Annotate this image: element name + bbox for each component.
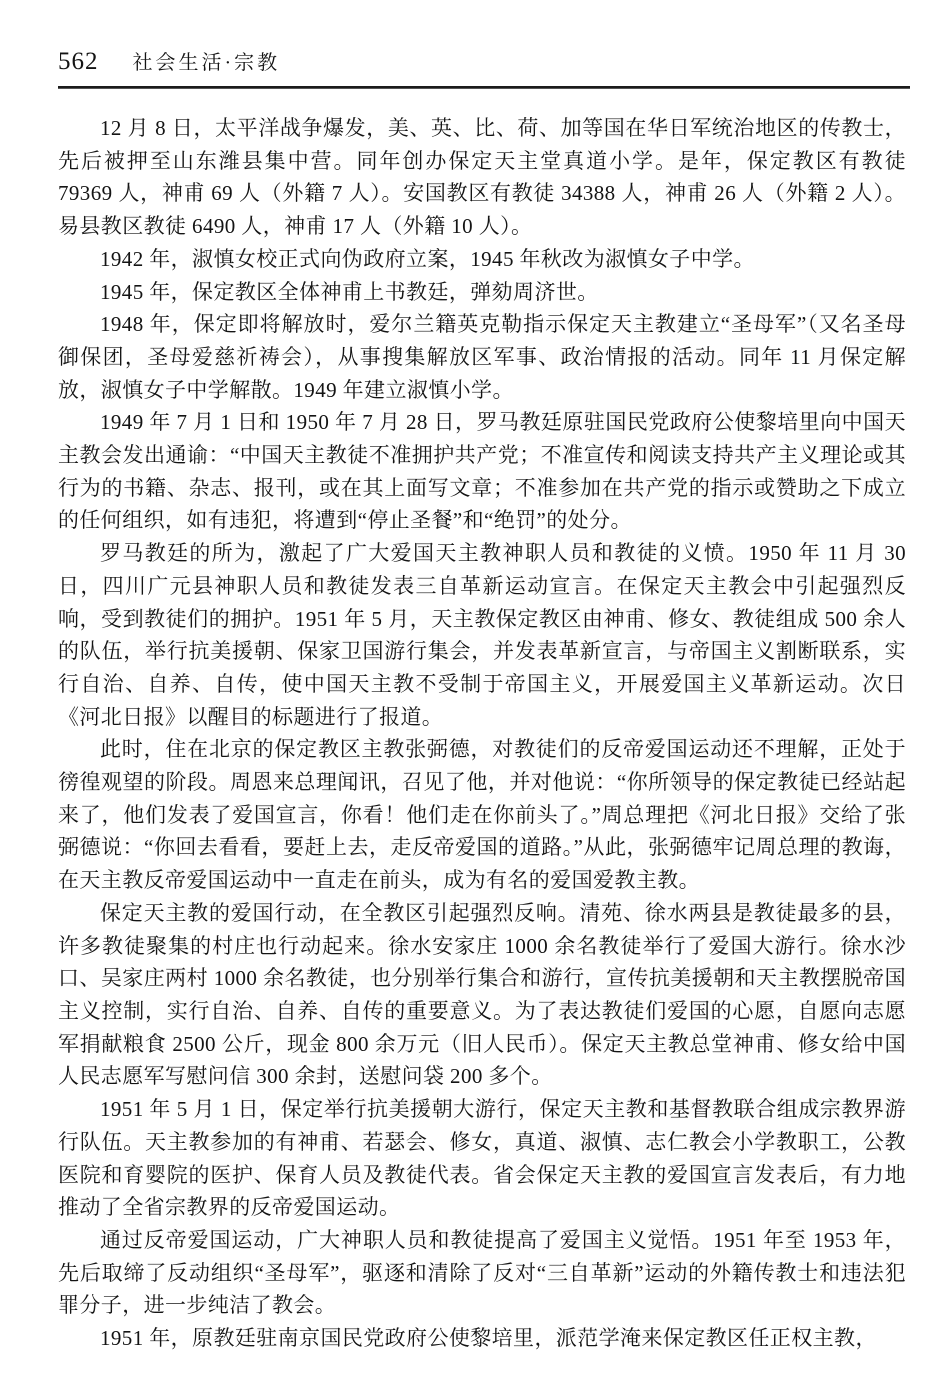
section-title: 社会生活·宗教 [133, 46, 281, 75]
scanned-book-page: 562 社会生活·宗教 12 月 8 日，太平洋战争爆发，美、英、比、荷、加等国… [0, 0, 950, 1400]
paragraph: 1942 年，淑慎女校正式向伪政府立案，1945 年秋改为淑慎女子中学。 [58, 243, 906, 276]
paragraph: 1951 年 5 月 1 日，保定举行抗美援朝大游行，保定天主教和基督教联合组成… [58, 1093, 906, 1224]
paragraph: 罗马教廷的所为，激起了广大爱国天主教神职人员和教徒的义愤。1950 年 11 月… [58, 537, 906, 733]
page-number: 562 [58, 48, 99, 76]
paragraph: 保定天主教的爱国行动，在全教区引起强烈反响。清苑、徐水两县是教徒最多的县，许多教… [58, 897, 906, 1093]
paragraph: 1948 年，保定即将解放时，爱尔兰籍英克勒指示保定天主教建立“圣母军”（又名圣… [58, 308, 906, 406]
paragraph: 通过反帝爱国运动，广大神职人员和教徒提高了爱国主义觉悟。1951 年至 1953… [58, 1224, 906, 1322]
paragraph: 1949 年 7 月 1 日和 1950 年 7 月 28 日，罗马教廷原驻国民… [58, 406, 906, 537]
paragraph: 此时，住在北京的保定教区主教张弼德，对教徒们的反帝爱国运动还不理解，正处于徬徨观… [58, 733, 906, 897]
header-rule [58, 86, 910, 89]
paragraph: 1951 年，原教廷驻南京国民党政府公使黎培里，派范学淹来保定教区任正权主教， [58, 1322, 906, 1355]
page-header: 562 社会生活·宗教 [58, 46, 910, 76]
body-text: 12 月 8 日，太平洋战争爆发，美、英、比、荷、加等国在华日军统治地区的传教士… [58, 112, 906, 1355]
paragraph: 1945 年，保定教区全体神甫上书教廷，弹劾周济世。 [58, 276, 906, 309]
paragraph: 12 月 8 日，太平洋战争爆发，美、英、比、荷、加等国在华日军统治地区的传教士… [58, 112, 906, 243]
